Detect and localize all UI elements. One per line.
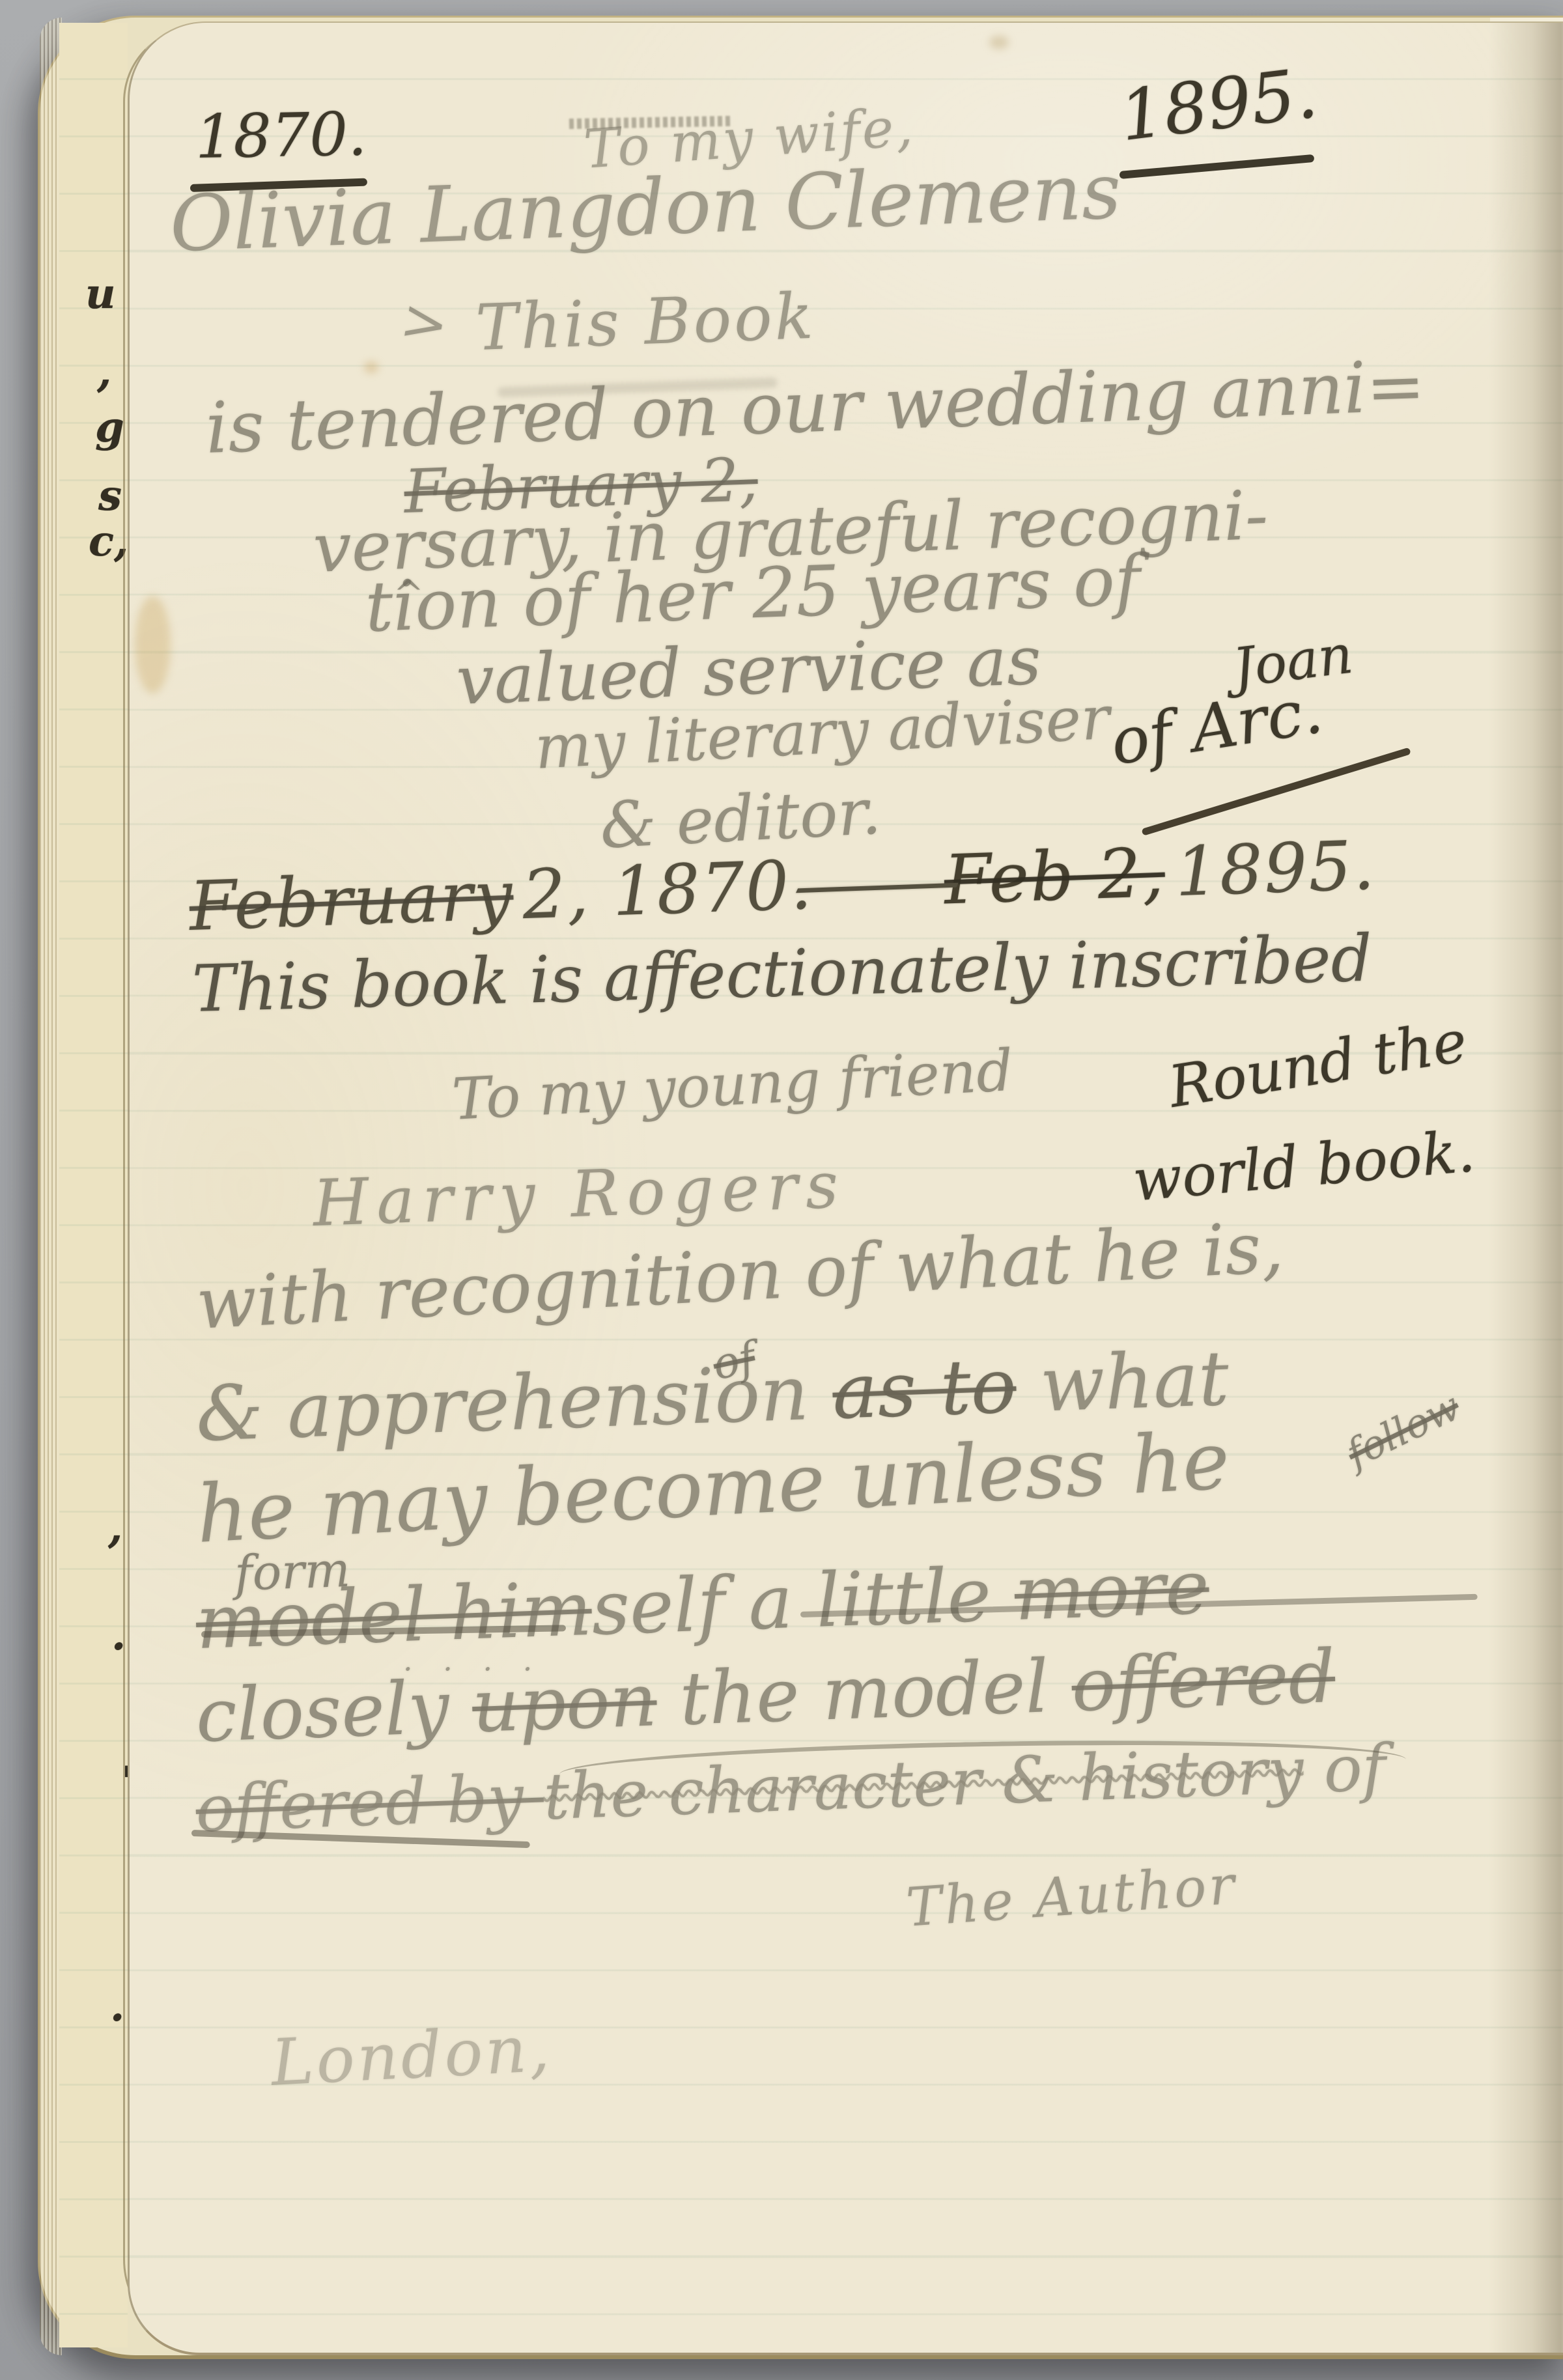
- this-book-line: This Book: [475, 285, 817, 359]
- stacked-sheet-edges: [40, 18, 62, 2355]
- the-author-line: The Author: [905, 1859, 1239, 1935]
- underline-1895: [1119, 154, 1314, 179]
- paper-stain: [135, 596, 171, 693]
- harry-rogers-name: Harry Rogers: [312, 1153, 847, 1236]
- year-1870: 1870.: [195, 104, 367, 167]
- page-stack: u , g s c, , . ' . C L 1870. To my wife,…: [38, 16, 1563, 2359]
- edge-ink-fragment: u: [85, 273, 116, 315]
- edge-ink-fragment: g: [95, 407, 124, 449]
- closely-text: closely: [195, 1664, 474, 1759]
- edge-ink-fragment: .: [110, 1986, 124, 2028]
- london-line: London,: [270, 2017, 554, 2095]
- the-model-text: the model: [655, 1644, 1073, 1743]
- model-him-deleted: model him: [195, 1565, 593, 1666]
- more-deleted: more: [1013, 1544, 1211, 1637]
- feb2-deleted: Feb 2,: [943, 833, 1166, 920]
- round-the-note: Round the: [1165, 1013, 1471, 1116]
- edge-ink-fragment: s: [98, 475, 122, 517]
- of-arc-words: of Arc.: [1106, 679, 1327, 774]
- dateline: February2, 1870.—Feb 2,1895.: [188, 831, 1377, 940]
- gutter-fold-shadow: [1489, 23, 1563, 2353]
- upon-deleted: upon: [471, 1658, 658, 1749]
- insertion-mark: >: [397, 291, 453, 354]
- year-1895: 1895.: [1116, 59, 1321, 151]
- date-1870: 2, 1870.: [521, 845, 814, 934]
- inscribed-line: This book is affectionately inscribed: [191, 927, 1373, 1022]
- edge-ink-fragment: c,: [89, 521, 128, 563]
- world-book-note: world book.: [1131, 1123, 1477, 1210]
- tendered-line: is tendered on our wedding anni=: [204, 352, 1426, 464]
- february-deleted: February: [188, 856, 515, 946]
- under-sheet-edge: u , g s c, , . ' .: [59, 23, 128, 2347]
- self-a-little-text: self a little: [590, 1550, 1016, 1652]
- edge-ink-fragment: ,: [97, 352, 111, 393]
- as-to-deleted: as to: [831, 1342, 1018, 1436]
- offered-deleted: offered: [1070, 1634, 1336, 1728]
- notebook-page: 1870. To my wife, 1895. Olivia Langdon C…: [128, 21, 1563, 2355]
- paper-stain: [989, 36, 1009, 49]
- notebook-scan: { "ms": { "year_1870": "1870.", "to_my_w…: [0, 0, 1563, 2380]
- long-dash: —: [787, 845, 969, 919]
- follow-insert: follow: [1341, 1386, 1466, 1474]
- young-friend-line: To my young friend: [451, 1042, 1015, 1128]
- paper-stain: [364, 361, 378, 373]
- date-1895: 1895.: [1174, 825, 1377, 912]
- edge-ink-fragment: ,: [108, 1507, 122, 1549]
